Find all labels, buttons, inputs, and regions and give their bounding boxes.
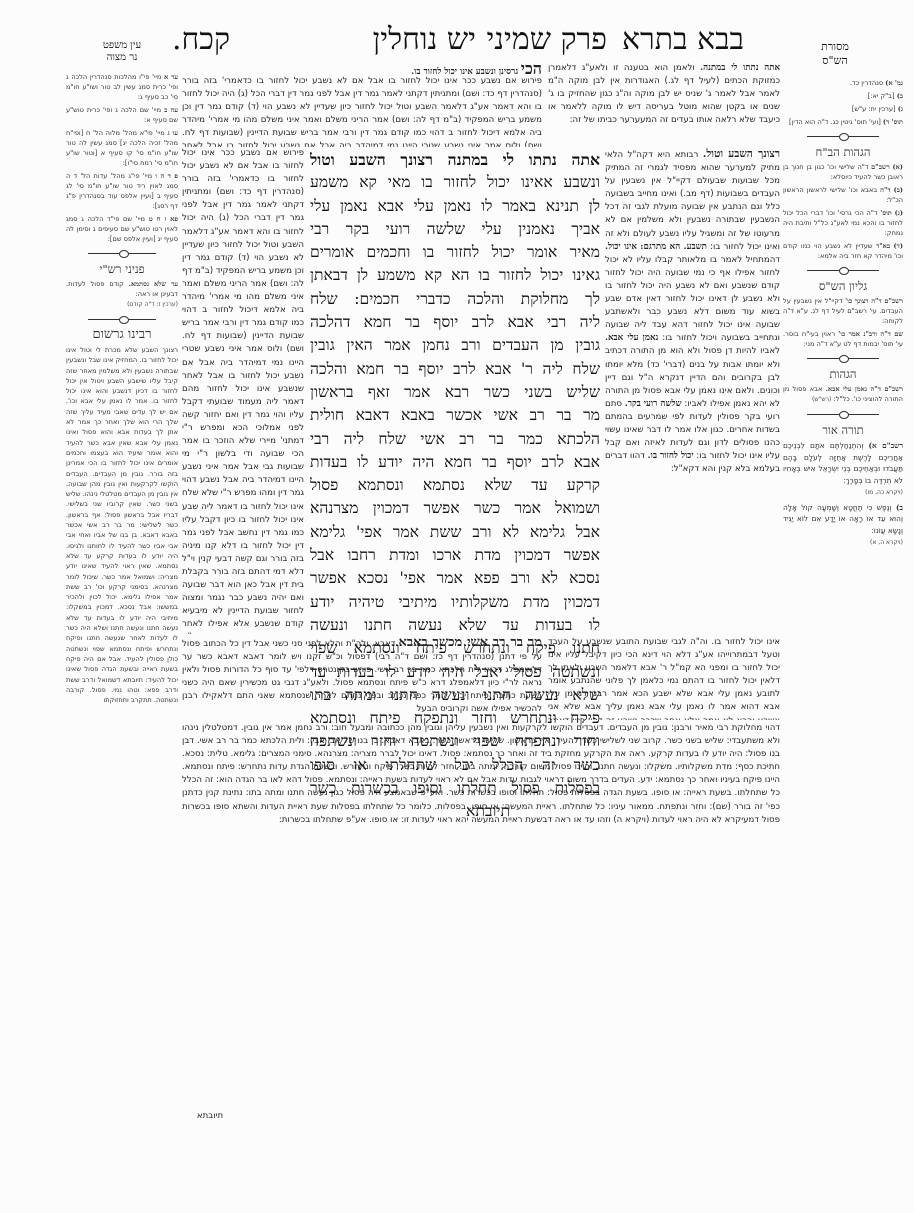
entry-mark: גמ' א) — [885, 79, 903, 87]
hagahot-title: הגהות — [783, 366, 903, 382]
entry-mark: רשב"ם א) — [869, 441, 904, 450]
tosafot-text-continued: פירוש אם נשבע ככר אינו יכול לחזור בו אבל… — [182, 148, 304, 634]
header-tractate: בבא בתרא — [622, 22, 744, 57]
entry-mark: (ב) — [894, 186, 903, 194]
rashi-dibbur-hamatchil: אתה נתתו לי במתנה. — [700, 63, 780, 73]
gemara-line: אתה נתתו לי במתנה רצונך השבע וטול — [310, 148, 600, 171]
header-chapter-name: יש נוחלין — [373, 22, 476, 57]
ein-mishpat-entry: פ ד ה ו מיי' פי"ג מהל' עדות הל' ד ה סמג … — [66, 171, 178, 211]
entry-ref: (ויקרא כה, מו) — [865, 489, 903, 496]
tosafot-body-continued: פירוש אם נשבע ככר אינו יכול לחזור בו אבל… — [182, 147, 304, 634]
gemara-line: אפשר דמכוין מדת ארכו ומדת רחבו אבל — [310, 544, 600, 567]
entry-mark: תוס' ד) — [883, 118, 903, 126]
ornament-divider-icon — [807, 411, 879, 418]
tosafot-subheading: מר בר רב אשי מכשר באבא — [398, 636, 542, 650]
tosafot-body: פירוש אם נשבע ככר אינו יכול לחזור בו אבל… — [182, 75, 542, 147]
entry-ref: (ויקרא ה, א) — [870, 539, 903, 546]
tosafot-subtext: דאבא. ולה"ת והלא לפני סני כשני אבל דין כ… — [182, 639, 542, 714]
ein-mishpat-entries: עד א מיי' פי"ו מהלכות סנהדרין הלכה ג ופי… — [66, 72, 178, 244]
ornament-divider-icon — [88, 250, 155, 257]
gemara-line: לך מחלוקת והלכה כדברי חכמים: שלח — [310, 288, 600, 311]
entry-text: סנהדרין כד. — [850, 79, 883, 87]
entry-text: [ועי' תוס' גיטין כג. ד"ה הוא הדין] — [789, 118, 881, 126]
gemara-line: גאינו יכול לחזור בו הא קא משמע לן דבאתן — [310, 264, 600, 287]
rashi-dibbur-hamatchil: נאמן עלי אבא. — [605, 333, 658, 343]
entry-ref: (רש"ש) — [812, 396, 831, 403]
hagahot-habach-entry: (א) רשב"ם ד"ה שלישי וכו' כגון בן חנוך בן… — [783, 162, 903, 182]
ein-mishpat-label: עין משפט נר מצוה — [92, 40, 152, 64]
ein-mishpat-entry: עו ג מיי' פי"א מהל' מלוה הל' ח [ופי"ח מה… — [66, 128, 178, 168]
ein-mishpat-entry: עה ב מיי' שם הלכה ג ופי' כרית טוש"ע שם ס… — [66, 105, 178, 125]
gemara-line: מר בר רב אשי אכשר באבא דאבא חולית — [310, 404, 600, 427]
gilyon-entry: רשב"ם ד"ה רצונך כו' דקיי"ל אין נשבעין על… — [783, 296, 903, 326]
bottom-commentary: דהוי מחלוקת רבי מאיר ורבנן: גובין מן העב… — [182, 722, 780, 1114]
ein-mishpat-entry: פא ז ח ט מיי' שם פי"ד הלכה ג סמג לאוין ר… — [66, 214, 178, 244]
pninei-rashi-entry: עד שלא נסתמא. קודם פסול לעדות. דבעינן או… — [66, 279, 178, 310]
entry-mark: עד א — [164, 73, 178, 81]
entry-mark: ג) — [898, 105, 903, 113]
tosafot-subsection: מר בר רב אשי מכשר באבא דאבא. ולה"ת והלא … — [182, 636, 542, 720]
mesoret-line2: הש"ס — [800, 54, 870, 68]
entry-ref: (ערכין ז: ד"ה קודם) — [127, 301, 178, 308]
entry-bold: רשב"ם — [871, 163, 890, 171]
rashi-column: רצונך השבע וטול. רבותא היא דקה"ל הלאי מת… — [605, 148, 780, 635]
folio-number: קכח. — [172, 22, 230, 57]
hagahot-habach-entry: (ג) תוס' ד"ה הכי גרסי' וכו' דברי הכל יכו… — [783, 208, 903, 238]
entry-mark: ב) — [897, 92, 903, 100]
gemara-line: אבל גלימא לא ורב ששת אמר אפי' גלימא — [310, 521, 600, 544]
mesoret-entries: גמ' א) סנהדרין כד. ב) [ב"ק יא:] ג) [ערכי… — [783, 78, 903, 127]
gemara-line: גובין מן העבדים ורב נחמן אמר האין גובין — [310, 334, 600, 357]
gemara-line: ונשבע אאינו יכול לחזור בו מאי קא משמע — [310, 171, 600, 194]
torah-or-title: תורה אור — [783, 422, 903, 438]
bottom-commentary-text: אינו יכול לחזור בו. וה"ה לגבי שבועת התוב… — [548, 637, 780, 720]
tosafot-text: פירוש אם נשבע ככר אינו יכול לחזור בו אבל… — [182, 76, 542, 147]
mesoret-line1: מסורת — [800, 40, 870, 54]
hagahot-entry: רשב"ם ד"ה נאמן עלי אבא. אבא פסול מן התור… — [783, 384, 903, 405]
pninei-rashi-title: פניני רש"י — [66, 261, 178, 277]
entry-bold: שם ד"ה ורב"נ אמר כו' — [838, 330, 903, 338]
gemara-line: ליה רבי אבא לרב יוסף בר חמא דהלכה — [310, 311, 600, 334]
torah-or-entry: ב) וְנֶפֶשׁ כִּי תֶחֱטָא וְשָׁמְעָה קוֹל… — [783, 502, 903, 549]
bottom-closing-word: תיובתא — [180, 1110, 240, 1123]
gilyon-entry: שם ד"ה ורב"נ אמר כו' ראוין בעי"ח בוסר. ע… — [783, 329, 903, 349]
entry-mark: (א) — [893, 163, 903, 171]
bottom-commentary-right: אינו יכול לחזור בו. וה"ה לגבי שבועת התוב… — [548, 636, 780, 720]
ein-mishpat-line2: נר מצוה — [92, 52, 152, 64]
gemara-line: הלכתא כמר בר רב אשי שלח ליה רבי — [310, 428, 600, 451]
entry-mark: ב) — [896, 503, 903, 512]
header-chapter-number: פרק שמיני — [486, 22, 607, 57]
right-sidebar: גמ' א) סנהדרין כד. ב) [ב"ק יא:] ג) [ערכי… — [783, 78, 903, 798]
entry-text: מיי' פי"א מהל' מלוה הל' ח [ופי"ח מהל' זכ… — [66, 129, 178, 167]
ein-mishpat-line1: עין משפט — [92, 40, 152, 52]
entry-text: מיי' שם הלכה ג ופי' כרית טוש"ע שם סעיף א… — [66, 106, 178, 124]
mesoret-entry: גמ' א) סנהדרין כד. — [783, 78, 903, 88]
gilyon-title: גליון הש"ס — [783, 278, 903, 294]
entry-text: מיי' פי"ו מהלכות סנהדרין הלכה ג ופי' כרי… — [66, 73, 178, 101]
mesoret-entry: ג) [ערכין יח: ע"ש] — [783, 104, 903, 114]
rashi-text: רבותא היא דקה"ל הלאי מתיק למערער שהוא מפ… — [605, 150, 780, 252]
entry-text: וְנֶפֶשׁ כִּי תֶחֱטָא וְשָׁמְעָה קוֹל אָ… — [783, 503, 903, 535]
gemara-line: לו בעדות עד שלא נעשה חתנו ונעשה — [310, 614, 600, 637]
ornament-divider-icon — [88, 316, 155, 323]
hagahot-habach-entry: (ב) ד"ה באבא וכו' שלישי לראשון הראשון הכ… — [783, 185, 903, 205]
ornament-divider-icon — [807, 267, 879, 274]
hagahot-habach-entry: (ד) בא"ד שעדיין לא נשבע הוי כמו קודם וכו… — [783, 241, 903, 261]
ein-mishpat-entry: עד א מיי' פי"ו מהלכות סנהדרין הלכה ג ופי… — [66, 72, 178, 102]
entry-text: [ב"ק יא:] — [868, 92, 895, 100]
gemara-line: נסכא לא ורב פפא אמר אפי' נסכא אפשר — [310, 567, 600, 590]
entry-mark: עה ב — [164, 106, 178, 114]
rashi-top: אתה נתתו לי במתנה. ולאמן הוא בטענה זו ול… — [548, 62, 780, 148]
rashi-dibbur-hamatchil: שלשה רועי בקר. — [625, 399, 682, 409]
left-sidebar: עד א מיי' פי"ו מהלכות סנהדרין הלכה ג ופי… — [66, 72, 178, 1132]
gemara-line: אבא לרב יוסף בר חמא היה יודע לו בעדות — [310, 451, 600, 474]
entry-bold: ד"ה — [880, 186, 890, 194]
hagahot-habach-title: הגהות הב"ח — [783, 144, 903, 160]
rabbeinu-gershom-title: רבינו גרשום — [66, 327, 178, 343]
rashi-dibbur-hamatchil: יכול לחזור בו. — [648, 451, 694, 461]
gemara-line: אביך נאמנין עלי שלשה רועי בקר רבי — [310, 218, 600, 241]
gemara-line: קרקע עד שלא נסתמא ונסתמא פסול — [310, 474, 600, 497]
gemara-line: שלח ליה ר' אבא לרב יוסף בר חמא והלכה — [310, 358, 600, 381]
ornament-divider-icon — [807, 355, 879, 362]
entry-mark: עו ג — [167, 129, 178, 137]
gemara-line: שליש בשני כשר רבא אמר זאף בראשון — [310, 381, 600, 404]
gemara-line: דמכוין מדת משקלותיו מיתיבי טיהיה יודע — [310, 591, 600, 614]
gemara-line: ושמואל אמר כשר אפשר דמכוין מצרנהא — [310, 497, 600, 520]
gemara-line: מאיר אומר יכול לחזור בו וחכמים אומרים — [310, 241, 600, 264]
ornament-divider-icon — [807, 133, 879, 140]
entry-text: [ערכין יח: ע"ש] — [852, 105, 896, 113]
entry-bold: עד שלא נסתמא. — [129, 280, 178, 288]
gemara-line: לן תנינא באמר לו נאמן עלי אבא נאמן עלי — [310, 195, 600, 218]
rashi-dibbur-hamatchil: רצונך השבע וטול. — [703, 148, 780, 160]
mesoret-entry: תוס' ד) [ועי' תוס' גיטין כג. ד"ה הוא הדי… — [783, 117, 903, 127]
entry-bold: תוס' — [880, 209, 891, 217]
entry-bold: רשב"ם ד"ה נאמן עלי אבא. — [826, 385, 903, 393]
torah-or-entry: רשב"ם א) וְהִתְנַחַלְתֶּם אֹתָם לִבְנֵיכ… — [783, 440, 903, 499]
rashi-text: דהמתחיל לאמר בו מלאותר קבלו עליו לא יכול… — [605, 255, 780, 344]
entry-mark: פ ד ה ו — [155, 172, 178, 180]
mesoret-entry: ב) [ב"ק יא:] — [783, 91, 903, 101]
entry-bold: בא"ד — [876, 242, 890, 250]
rashi-dibbur-hamatchil: תשבע. הא מתרגם: אינו יכול. — [605, 242, 707, 252]
entry-mark: פא ז ח ט — [149, 215, 178, 223]
entry-bold: רשב"ם ד"ה רצונך כו' — [845, 297, 903, 305]
rabbeinu-gershom-text: רצונך השבע שלא מכרת לי וטול אינו יכול לח… — [66, 345, 178, 705]
entry-mark: (ג) — [895, 209, 903, 217]
mesoret-label: מסורת הש"ס — [800, 40, 870, 68]
entry-mark: (ד) — [894, 242, 903, 250]
